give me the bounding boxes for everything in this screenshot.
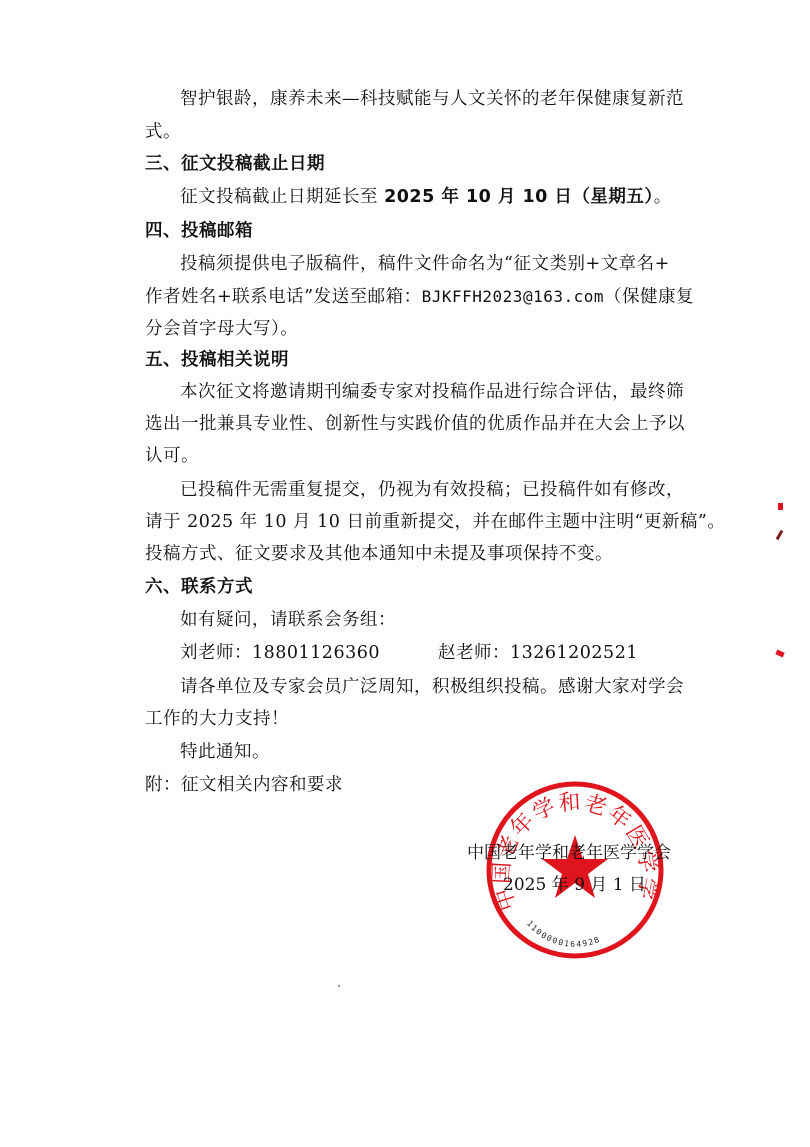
contact-intro: 如有疑问，请联系会务组：: [180, 609, 740, 631]
deadline-text: 征文投稿截止日期延长至 2025 年 10 月 10 日（星期五）。: [180, 186, 740, 208]
submission-line-2-prefix: 作者姓名+联系电话”发送至邮箱：: [145, 287, 422, 307]
submission-line-2-suffix: （保健康复: [604, 287, 694, 307]
document-page: 智护银龄，康养未来—科技赋能与人文关怀的老年保健康复新范 式。 三、征文投稿截止…: [0, 0, 810, 1147]
notice-text: 特此通知。: [180, 741, 740, 763]
resubmit-line-1: 已投稿件无需重复提交，仍视为有效投稿；已投稿件如有修改，: [180, 479, 740, 501]
contact-list: 刘老师：18801126360赵老师：13261202521: [180, 642, 740, 664]
contact-1-phone: 18801126360: [252, 643, 380, 663]
section-4-heading: 四、投稿邮箱: [145, 220, 705, 242]
scan-mark: [775, 650, 784, 658]
deadline-prefix: 征文投稿截止日期延长至: [180, 187, 384, 207]
contact-1-name: 刘老师：: [180, 643, 252, 663]
contact-2-phone: 13261202521: [510, 643, 638, 663]
resubmit-line-2: 请于 2025 年 10 月 10 日前重新提交，并在邮件主题中注明“更新稿”。: [145, 511, 705, 533]
resubmit-line-3: 投稿方式、征文要求及其他本通知中未提及事项保持不变。: [145, 543, 705, 565]
scan-mark: [776, 530, 784, 540]
scan-mark: [778, 503, 783, 510]
evaluation-line-1: 本次征文将邀请期刊编委专家对投稿作品进行综合评估，最终筛: [180, 381, 740, 403]
closing-line-1: 请各单位及专家会员广泛周知，积极组织投稿。感谢大家对学会: [180, 676, 740, 698]
closing-line-2: 工作的大力支持！: [145, 708, 705, 730]
signature-date: 2025 年 9 月 1 日: [503, 874, 646, 896]
submission-line-1: 投稿须提供电子版稿件，稿件文件命名为“征文类别+文章名+: [180, 253, 740, 275]
section-3-heading: 三、征文投稿截止日期: [145, 153, 705, 175]
section-6-heading: 六、联系方式: [145, 576, 705, 598]
evaluation-line-3: 认可。: [145, 445, 705, 467]
section-5-heading: 五、投稿相关说明: [145, 349, 705, 371]
submission-line-2: 作者姓名+联系电话”发送至邮箱：BJKFFH2023@163.com（保健康复: [145, 286, 705, 308]
contact-2-name: 赵老师：: [438, 643, 510, 663]
scan-dot: [338, 985, 340, 987]
official-seal-icon: 中国老年学和老年医学学会 1100000164928: [482, 777, 668, 963]
theme-line-2: 式。: [145, 121, 705, 143]
deadline-suffix: 。: [654, 187, 672, 207]
signature-organization: 中国老年学和老年医学学会: [467, 842, 671, 864]
deadline-date: 2025 年 10 月 10 日（星期五）: [384, 187, 654, 207]
email-address[interactable]: BJKFFH2023@163.com: [422, 287, 604, 306]
submission-line-3: 分会首字母大写）。: [145, 318, 705, 340]
theme-line-1: 智护银龄，康养未来—科技赋能与人文关怀的老年保健康复新范: [180, 88, 740, 110]
evaluation-line-2: 选出一批兼具专业性、创新性与实践价值的优质作品并在大会上予以: [145, 413, 705, 435]
